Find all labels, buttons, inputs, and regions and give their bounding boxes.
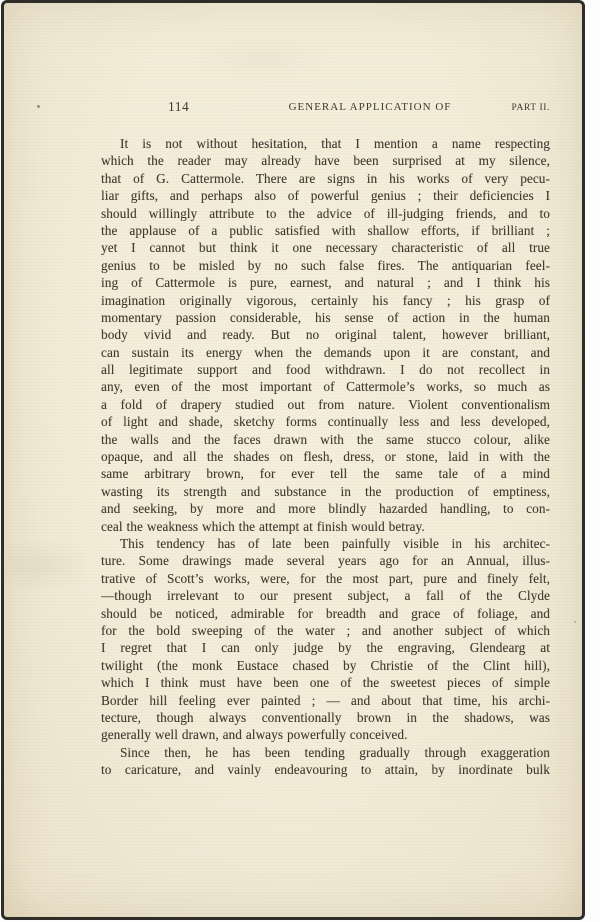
text-line: the applause of a public satisfied with …: [101, 222, 550, 239]
page-header: 114 GENERAL APPLICATION OF PART II.: [4, 99, 582, 117]
text-line: can sustain its energy when the demands …: [101, 344, 550, 361]
paper-speck: [574, 621, 576, 623]
text-line: liar gifts, and perhaps also of powerful…: [101, 187, 550, 204]
text-line: momentary passion considerable, his sens…: [101, 309, 550, 326]
text-line: It is not without hesitation, that I men…: [101, 135, 550, 152]
text-line: should willingly attribute to the advice…: [101, 205, 550, 222]
text-line: should be noticed, admirable for breadth…: [101, 605, 550, 622]
text-line: and seeking, by more and more blindly ha…: [101, 500, 550, 517]
text-line: generally well drawn, and always powerfu…: [101, 726, 550, 743]
page-number: 114: [168, 99, 189, 115]
text-line: which the reader may already have been s…: [101, 152, 550, 169]
text-line: twilight (the monk Eustace chased by Chr…: [101, 657, 550, 674]
text-line: any, even of the most important of Catte…: [101, 378, 550, 395]
text-line: I regret that I can only judge by the en…: [101, 639, 550, 656]
text-line: which I think must have been one of the …: [101, 674, 550, 691]
text-line: that of G. Cattermole. There are signs i…: [101, 170, 550, 187]
text-line: of light and shade, sketchy forms contin…: [101, 413, 550, 430]
text-line: ture. Some drawings made several years a…: [101, 552, 550, 569]
text-line: body vivid and ready. But no original ta…: [101, 326, 550, 343]
part-label: PART II.: [511, 103, 550, 113]
text-line: the walls and the faces drawn with the s…: [101, 431, 550, 448]
running-title: GENERAL APPLICATION OF: [250, 101, 490, 113]
text-line: tecture, though always conventionally br…: [101, 709, 550, 726]
text-line: This tendency has of late been painfully…: [101, 535, 550, 552]
paper-stain: [0, 538, 94, 593]
text-line: opaque, and all the shades on flesh, dre…: [101, 448, 550, 465]
page-body-text: It is not without hesitation, that I men…: [101, 135, 550, 778]
text-line: genius to be misled by no such false fir…: [101, 257, 550, 274]
text-line: same arbitrary brown, for ever tell the …: [101, 465, 550, 482]
text-line: trative of Scott’s works, were, for the …: [101, 570, 550, 587]
text-line: all legitimate support and food withdraw…: [101, 361, 550, 378]
text-line: a fold of drapery studied out from natur…: [101, 396, 550, 413]
scanned-book-page: 114 GENERAL APPLICATION OF PART II. It i…: [1, 0, 585, 920]
text-line: yet I cannot but think it one necessary …: [101, 239, 550, 256]
text-line: for the bold sweeping of the water ; and…: [101, 622, 550, 639]
text-line: to caricature, and vainly endeavouring t…: [101, 761, 550, 778]
text-line: Border hill feeling ever painted ; — and…: [101, 692, 550, 709]
text-line: —though irrelevant to our present subjec…: [101, 587, 550, 604]
paper-stain: [184, 33, 344, 83]
text-line: wasting its strength and substance in th…: [101, 483, 550, 500]
text-line: ing of Cattermole is pure, earnest, and …: [101, 274, 550, 291]
text-line: Since then, he has been tending graduall…: [101, 744, 550, 761]
text-line: ceal the weakness which the attempt at f…: [101, 518, 550, 535]
text-line: imagination originally vigorous, certain…: [101, 292, 550, 309]
